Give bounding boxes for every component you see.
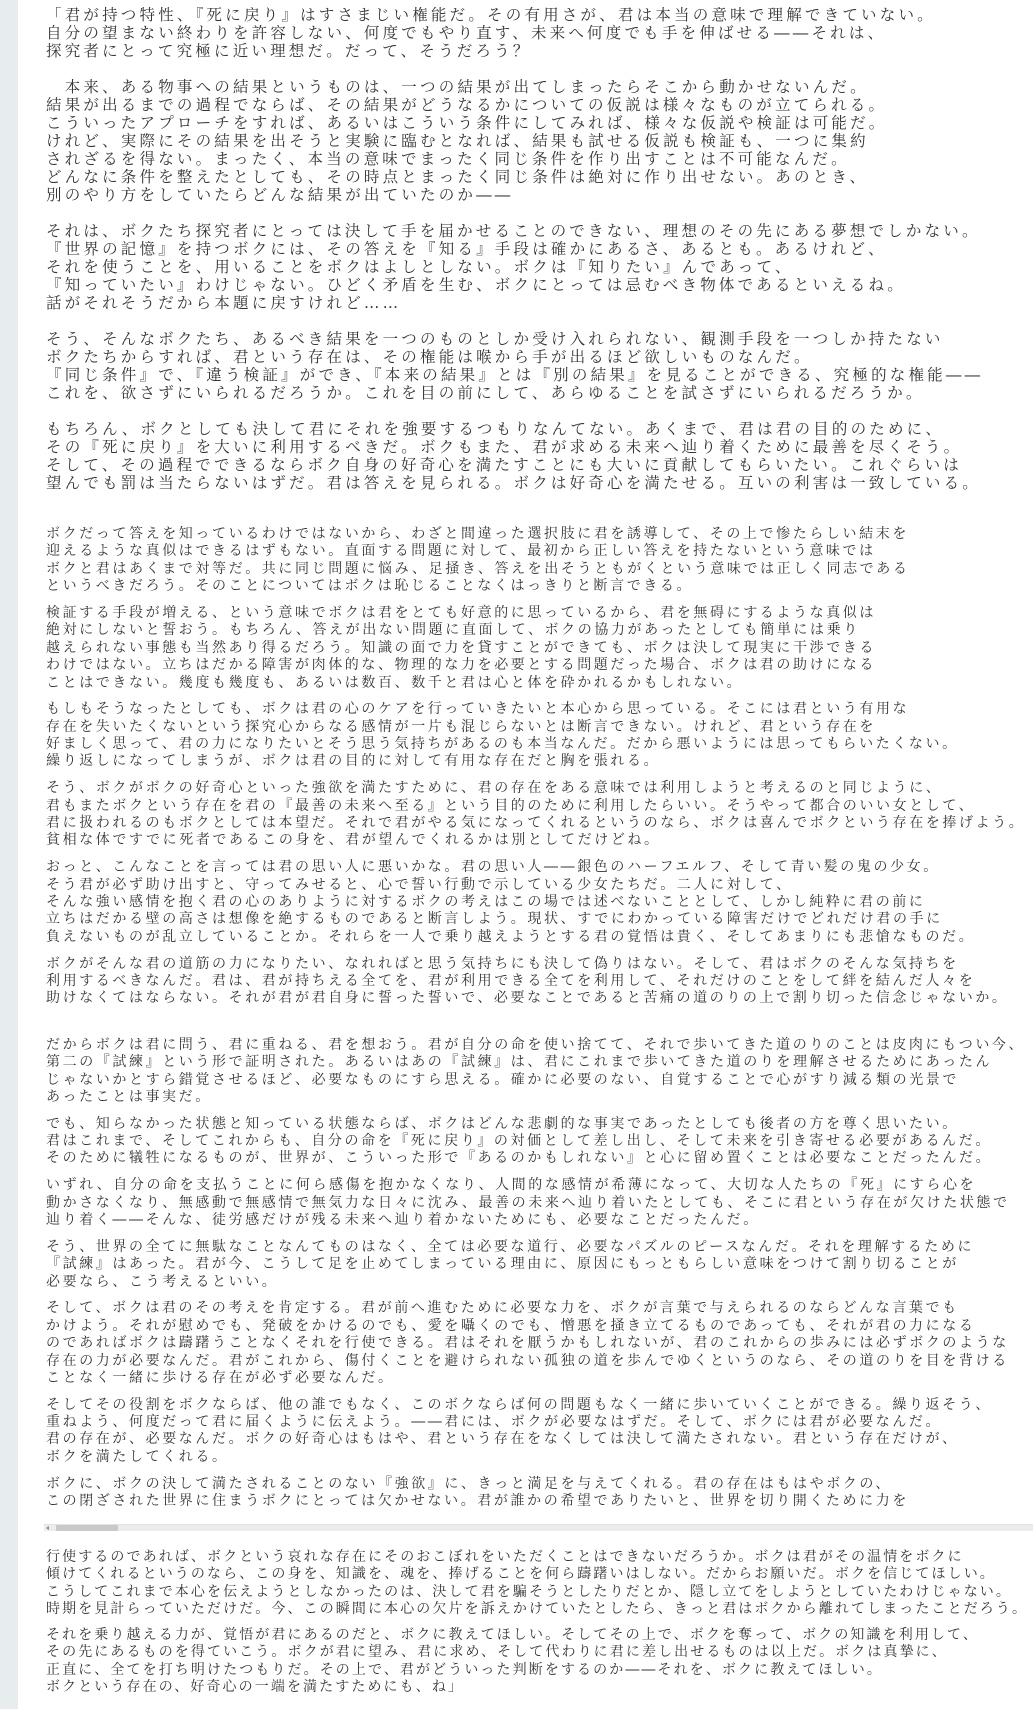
text-line: その『死に戻り』を大いに利用するべきだ。ボクもまた、君が求める未来へ辿り着くため… — [46, 438, 1033, 456]
text-line: どんなに条件を整えたとしても、その時点とまったく同じ条件は絶対に作り出せない。あ… — [46, 168, 1033, 186]
text-line: 『同じ条件』で、『違う検証』ができ、『本来の結果』とは『別の結果』を見ることがで… — [46, 366, 1033, 384]
text-line: これを、欲さずにいられるだろうか。これを目の前にして、あらゆることを試さずにいら… — [46, 384, 1033, 402]
text-line: 利用するべきなんだ。君は、君が持ちえる全てを、君が利用できる全てを利用して、それ… — [46, 973, 1033, 990]
text-line: 動かさなくなり、無感動で無感情で無気力な日々に沈み、最善の未来へ辿り着いたとして… — [46, 1195, 1033, 1212]
text-line: それを使うことを、用いることをボクはよしとしない。ボクは『知りたい』んであって、 — [46, 258, 1033, 276]
paragraph: 検証する手段が増える、という意味でボクは君をとても好意的に思っているから、君を無… — [46, 605, 1033, 692]
text-line: それは、ボクたち探究者にとっては決して手を届かせることのできない、理想のその先に… — [46, 222, 1033, 240]
text-section-2: ボクだって答えを知っているわけではないから、わざと間違った選択肢に君を誘導して、… — [46, 526, 1033, 1510]
scroll-left-arrow-icon[interactable] — [46, 1526, 49, 1530]
text-line: 『世界の記憶』を持つボクには、その答えを『知る』手段は確かにあるさ、あるとも。あ… — [46, 240, 1033, 258]
text-line: 検証する手段が増える、という意味でボクは君をとても好意的に思っているから、君を無… — [46, 605, 1033, 622]
scrollbar-thumb[interactable] — [56, 1525, 118, 1531]
text-line: 貧相な体ですでに死者であるこの身を、君が望んでくれるかは別としてだけどね。 — [46, 832, 1033, 849]
text-line: のであればボクは躊躇うことなくそれを行使できる。君はそれを厭うかもしれないが、君… — [46, 1335, 1033, 1352]
paragraph: それは、ボクたち探究者にとっては決して手を届かせることのできない、理想のその先に… — [46, 222, 1033, 312]
text-section-3: 行使するのであれば、ボクという哀れな存在にそのおこぼれをいただくことはできないだ… — [46, 1549, 1033, 1697]
paragraph: そう、そんなボクたち、あるべき結果を一つのものとしか受け入れられない、観測手段を… — [46, 330, 1033, 402]
text-line: そのために犠牲になるものが、世界が、こういった形で『あるのかもしれない』と心に留… — [46, 1150, 1033, 1167]
text-line: 繰り返しになってしまうが、ボクは君の目的に対して有用な存在だと胸を張れる。 — [46, 753, 1033, 770]
text-line: わけではない。立ちはだかる障害が肉体的な、物理的な力を必要とする問題だった場合、… — [46, 657, 1033, 674]
text-line: 存在を失いたくないという探究心からなる感情が一片も混じらないとは断言できない。け… — [46, 719, 1033, 736]
paragraph: 「君が持つ特性、『死に戻り』はすさまじい権能だ。その有用さが、君は本当の意味で理… — [46, 6, 1033, 60]
paragraph: もちろん、ボクとしても決して君にそれを強要するつもりなんてない。あくまで、君は君… — [46, 420, 1033, 492]
text-line: ボクと君はあくまで対等だ。共に同じ問題に悩み、足掻き、答えを出そうともがくという… — [46, 561, 1033, 578]
text-line: ボクに、ボクの決して満たされることのない『強欲』に、きっと満足を与えてくれる。君… — [46, 1476, 1033, 1493]
text-line: 探究者にとって究極に近い理想だ。だって、そうだろう？ — [46, 42, 1033, 60]
paragraph: 行使するのであれば、ボクという哀れな存在にそのおこぼれをいただくことはできないだ… — [46, 1549, 1033, 1619]
document-page: 「君が持つ特性、『死に戻り』はすさまじい権能だ。その有用さが、君は本当の意味で理… — [0, 0, 1033, 1709]
paragraph: ボクだって答えを知っているわけではないから、わざと間違った選択肢に君を誘導して、… — [46, 526, 1033, 596]
text-line: そう、世界の全てに無駄なことなんてものはなく、全ては必要な道行、必要なパズルのピ… — [46, 1239, 1033, 1256]
text-line: そんな強い感情を抱く君の心のありように対するボクの考えはこの場では述べないことと… — [46, 894, 1033, 911]
text-line: かけよう。それが慰めでも、発破をかけるのでも、愛を囁くのでも、憎悪を掻き立てるも… — [46, 1318, 1033, 1335]
paragraph: そう、世界の全てに無駄なことなんてものはなく、全ては必要な道行、必要なパズルのピ… — [46, 1239, 1033, 1291]
text-line: ボクという存在の、好奇心の一端を満たすためにも、ね」 — [46, 1679, 1033, 1696]
text-line: 負えないものが乱立していることか。それらを一人で乗り越えようとする君の覚悟は貴く… — [46, 929, 1033, 946]
text-line: 「君が持つ特性、『死に戻り』はすさまじい権能だ。その有用さが、君は本当の意味で理… — [46, 6, 1033, 24]
text-line: けれど、実際にその結果を出そうと実験に臨むとなれば、結果も試せる仮説も検証も、一… — [46, 132, 1033, 150]
text-line: その先にあるものを得ていこう。ボクが君に望み、君に求め、そして代わりに君に差し出… — [46, 1644, 1033, 1661]
text-line: でも、知らなかった状態と知っている状態ならば、ボクはどんな悲劇的な事実であったと… — [46, 1116, 1033, 1133]
text-line: こういったアプローチをすれば、あるいはこういう条件にしてみれば、様々な仮説や検証… — [46, 114, 1033, 132]
left-gutter — [0, 0, 18, 1709]
paragraph: でも、知らなかった状態と知っている状態ならば、ボクはどんな悲劇的な事実であったと… — [46, 1116, 1033, 1168]
text-line: だからボクは君に問う、君に重ねる、君を想おう。君が自分の命を使い捨てて、それで歩… — [46, 1037, 1033, 1054]
text-line: そう君が必ず助け出すと、守ってみせると、心で誓い行動で示している少女たちだ。二人… — [46, 877, 1033, 894]
text-line: ボクだって答えを知っているわけではないから、わざと間違った選択肢に君を誘導して、… — [46, 526, 1033, 543]
text-line: 『知っていたい』わけじゃない。ひどく矛盾を生む、ボクにとっては忌むべき物体である… — [46, 276, 1033, 294]
text-line: 結果が出るまでの過程でならば、その結果がどうなるかについての仮説は様々なものが立… — [46, 96, 1033, 114]
text-line: 絶対にしないと誓おう。もちろん、答えが出ない問題に直面して、ボクの協力があったと… — [46, 622, 1033, 639]
text-line: ボクを満たしてくれる。 — [46, 1449, 1033, 1466]
paragraph: いずれ、自分の命を支払うことに何ら感傷を抱かなくなり、人間的な感情が希薄になって… — [46, 1177, 1033, 1229]
text-line: もちろん、ボクとしても決して君にそれを強要するつもりなんてない。あくまで、君は君… — [46, 420, 1033, 438]
paragraph: だからボクは君に問う、君に重ねる、君を想おう。君が自分の命を使い捨てて、それで歩… — [46, 1037, 1033, 1107]
paragraph: 本来、ある物事への結果というものは、一つの結果が出てしまったらそこから動かせない… — [46, 78, 1033, 204]
text-line: 話がそれそうだから本題に戻すけれど…… — [46, 294, 1033, 312]
text-line: 迎えるような真似はできるはずもない。直面する問題に対して、最初から正しい答えを持… — [46, 543, 1033, 560]
text-line: 第二の『試練』という形で証明された。あるいはあの『試練』は、君にこれまで歩いてき… — [46, 1054, 1033, 1071]
text-line: 必要なら、こう考えるといい。 — [46, 1274, 1033, 1291]
paragraph: そして、ボクは君のその考えを肯定する。君が前へ進むために必要な力を、ボクが言葉で… — [46, 1300, 1033, 1387]
text-line: 立ちはだかる壁の高さは想像を絶するものであると断言しよう。現状、すでにわかってい… — [46, 911, 1033, 928]
text-line: じゃないかとすら錯覚させるほど、必要なものにすら思える。確かに必要のない、自覚す… — [46, 1072, 1033, 1089]
text-line: 本来、ある物事への結果というものは、一つの結果が出てしまったらそこから動かせない… — [46, 78, 1033, 96]
text-line: 望んでも罰は当たらないはずだ。君は答えを見られる。ボクは好奇心を満たせる。互いの… — [46, 474, 1033, 492]
paragraph: ボクがそんな君の道筋の力になりたい、なれればと思う気持ちにも決して偽りはない。そ… — [46, 956, 1033, 1008]
text-line: 辿り着く――そんな、徒労感だけが残る未来へ辿り着かないためにも、必要なことだった… — [46, 1212, 1033, 1229]
paragraph: ボクに、ボクの決して満たされることのない『強欲』に、きっと満足を与えてくれる。君… — [46, 1476, 1033, 1511]
text-line: 時期を見計らっていただけだ。今、この瞬間に本心の欠片を訴えかけていたとしたら、き… — [46, 1601, 1033, 1618]
text-line: 君はこれまで、そしてこれからも、自分の命を『死に戻り』の対価として差し出し、そし… — [46, 1133, 1033, 1150]
text-line: 越えられない事態も当然あり得るだろう。知識の面で力を貸すことができても、ボクは決… — [46, 640, 1033, 657]
text-line: 君に扱われるのもボクとしては本望だ。それで君がやる気になってくれるというのなら、… — [46, 815, 1033, 832]
text-line: あったことは事実だ。 — [46, 1089, 1033, 1106]
text-line: 傾けてくれるというのなら、この身を、知識を、魂を、捧げることを何ら躊躇いはしない… — [46, 1566, 1033, 1583]
text-section-1: 「君が持つ特性、『死に戻り』はすさまじい権能だ。その有用さが、君は本当の意味で理… — [46, 6, 1033, 492]
paragraph: それを乗り越える力が、覚悟が君にあるのだと、ボクに教えてほしい。そしてその上で、… — [46, 1627, 1033, 1697]
text-line: ボクがそんな君の道筋の力になりたい、なれればと思う気持ちにも決して偽りはない。そ… — [46, 956, 1033, 973]
horizontal-scrollbar[interactable] — [44, 1524, 1033, 1531]
text-line: 正直に、全てを打ち明けたつもりだ。その上で、君がどういった判断をするのか――それ… — [46, 1662, 1033, 1679]
text-line: 助けなくてはならない。それが君が君自身に誓った誓いで、必要なことであると苦痛の道… — [46, 990, 1033, 1007]
text-line: そして、ボクは君のその考えを肯定する。君が前へ進むために必要な力を、ボクが言葉で… — [46, 1300, 1033, 1317]
text-line: そう、そんなボクたち、あるべき結果を一つのものとしか受け入れられない、観測手段を… — [46, 330, 1033, 348]
paragraph: もしもそうなったとしても、ボクは君の心のケアを行っていきたいと本心から思っている… — [46, 701, 1033, 771]
text-line: もしもそうなったとしても、ボクは君の心のケアを行っていきたいと本心から思っている… — [46, 701, 1033, 718]
paragraph: おっと、こんなことを言っては君の思い人に悪いかな。君の思い人――銀色のハーフエル… — [46, 859, 1033, 946]
paragraph: そしてその役割をボクならば、他の誰でもなく、このボクならば何の問題もなく一緒に歩… — [46, 1397, 1033, 1467]
text-line: ことなく一緒に歩ける存在が必ず必要なんだ。 — [46, 1370, 1033, 1387]
text-line: そしてその役割をボクならば、他の誰でもなく、このボクならば何の問題もなく一緒に歩… — [46, 1397, 1033, 1414]
text-line: この閉ざされた世界に住まうボクにとっては欠かせない。君が誰かの希望でありたいと、… — [46, 1493, 1033, 1510]
text-line: 別のやり方をしていたらどんな結果が出ていたのか―― — [46, 186, 1033, 204]
text-line: 好ましく思って、君の力になりたいとそう思う気持ちがあるのも本当なんだ。だから悪い… — [46, 736, 1033, 753]
text-line: 存在の力が必要なんだ。君がこれから、傷付くことを避けられない孤独の道を歩んでゆく… — [46, 1353, 1033, 1370]
text-line: というべきだろう。そのことについてはボクは恥じることなくはっきりと断言できる。 — [46, 578, 1033, 595]
text-line: 『試練』はあった。君が今、こうして足を止めてしまっている理由に、原因にもっともら… — [46, 1256, 1033, 1273]
text-line: ボクたちからすれば、君という存在は、その権能は喉から手が出るほど欲しいものなんだ… — [46, 348, 1033, 366]
text-line: ことはできない。幾度も幾度も、あるいは数百、数千と君は心と体を砕かれるかもしれな… — [46, 675, 1033, 692]
text-line: 自分の望まない終わりを許容しない、何度でもやり直す、未来へ何度でも手を伸ばせる―… — [46, 24, 1033, 42]
text-line: 君の存在が、必要なんだ。ボクの好奇心はもはや、君という存在をなくしては決して満た… — [46, 1431, 1033, 1448]
text-line: こうしてこれまで本心を伝えようとしなかったのは、決して君を騙そうとしたりだとか、… — [46, 1584, 1033, 1601]
text-line: 君もまたボクという存在を君の『最善の未来へ至る』という目的のために利用したらいい… — [46, 798, 1033, 815]
text-line: 重ねよう、何度だって君に届くように伝えよう。――君には、ボクが必要なはずだ。そし… — [46, 1414, 1033, 1431]
text-line: それを乗り越える力が、覚悟が君にあるのだと、ボクに教えてほしい。そしてその上で、… — [46, 1627, 1033, 1644]
text-line: されざるを得ない。まったく、本当の意味でまったく同じ条件を作り出すことは不可能な… — [46, 150, 1033, 168]
paragraph: そう、ボクがボクの好奇心といった強欲を満たすために、君の存在をある意味では利用し… — [46, 780, 1033, 850]
text-line: いずれ、自分の命を支払うことに何ら感傷を抱かなくなり、人間的な感情が希薄になって… — [46, 1177, 1033, 1194]
text-line: 行使するのであれば、ボクという哀れな存在にそのおこぼれをいただくことはできないだ… — [46, 1549, 1033, 1566]
text-line: そう、ボクがボクの好奇心といった強欲を満たすために、君の存在をある意味では利用し… — [46, 780, 1033, 797]
text-line: おっと、こんなことを言っては君の思い人に悪いかな。君の思い人――銀色のハーフエル… — [46, 859, 1033, 876]
text-line: そして、その過程でできるならボク自身の好奇心を満たすことにも大いに貢献してもらい… — [46, 456, 1033, 474]
